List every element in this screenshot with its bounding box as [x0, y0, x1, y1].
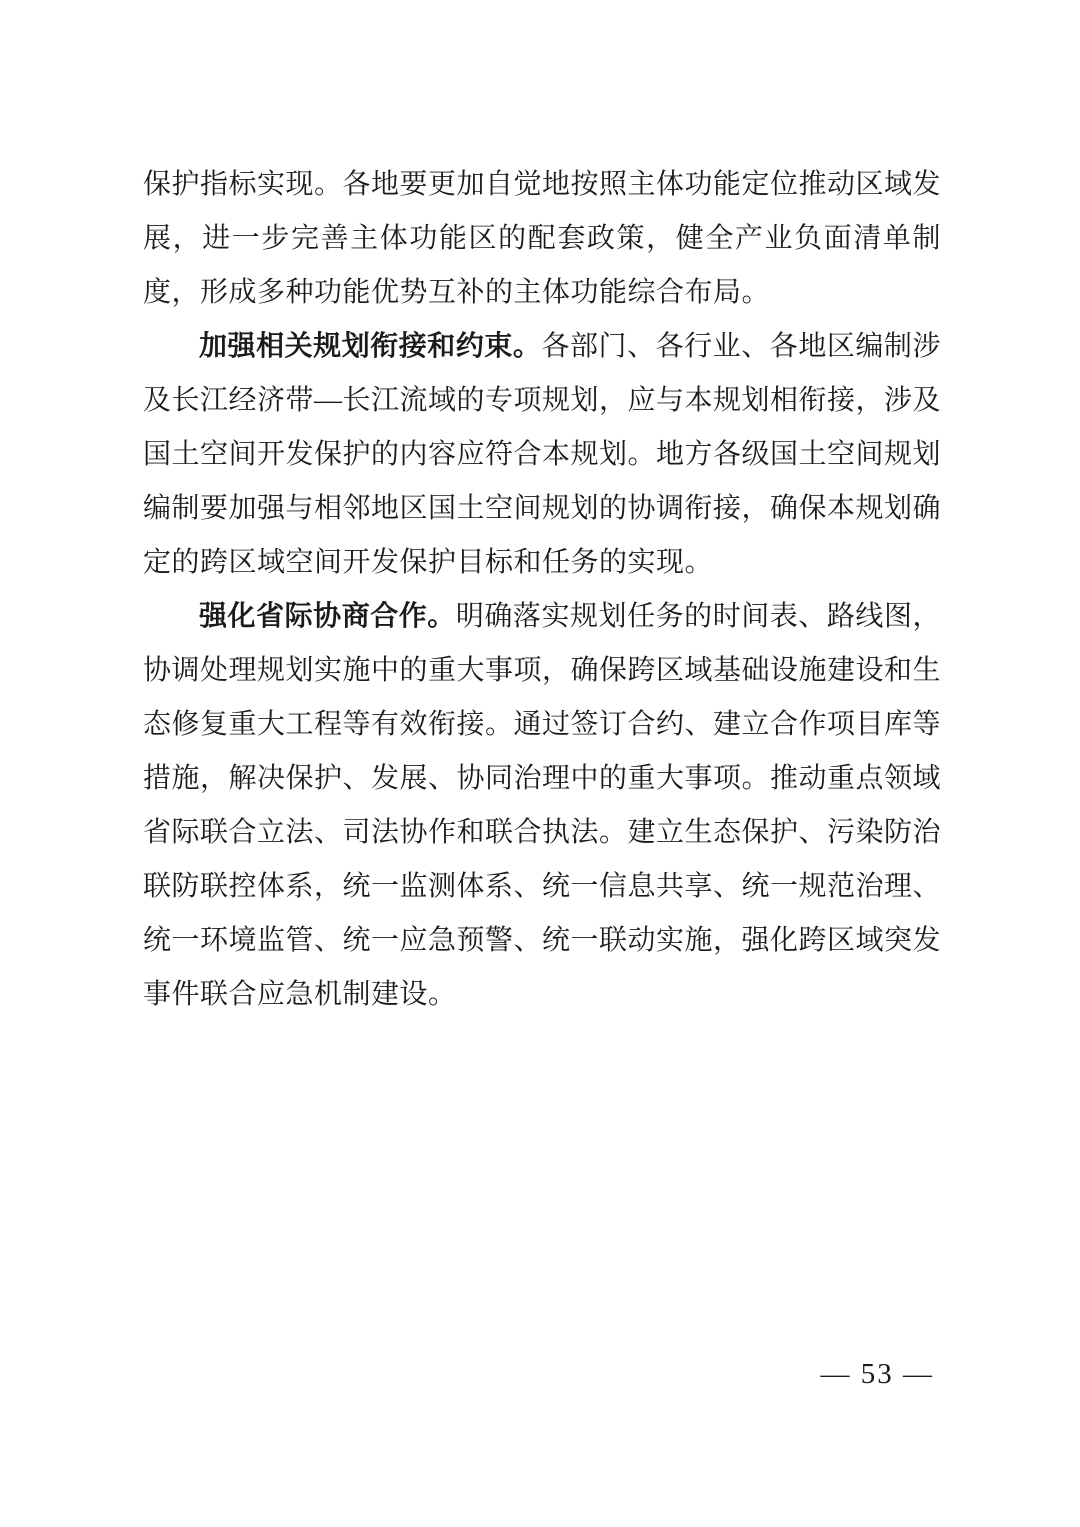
paragraph-planning-alignment: 加强相关规划衔接和约束。各部门、各行业、各地区编制涉及长江经济带—长江流域的专项… — [143, 320, 941, 590]
page-number-label: — 53 — — [821, 1358, 935, 1390]
paragraph-interprovincial-cooperation: 强化省际协商合作。明确落实规划任务的时间表、路线图，协调处理规划实施中的重大事项… — [143, 590, 941, 1022]
paragraph-lead: 强化省际协商合作。 — [199, 601, 456, 632]
document-page: 保护指标实现。各地要更加自觉地按照主体功能定位推动区域发展，进一步完善主体功能区… — [0, 0, 1080, 1527]
page-number: — 53 — — [821, 1352, 935, 1396]
paragraph-text: 明确落实规划任务的时间表、路线图，协调处理规划实施中的重大事项，确保跨区域基础设… — [143, 601, 941, 1010]
paragraph-lead: 加强相关规划衔接和约束。 — [199, 331, 541, 362]
body-text: 保护指标实现。各地要更加自觉地按照主体功能定位推动区域发展，进一步完善主体功能区… — [143, 158, 941, 1022]
paragraph-continuation: 保护指标实现。各地要更加自觉地按照主体功能定位推动区域发展，进一步完善主体功能区… — [143, 158, 941, 320]
paragraph-text: 保护指标实现。各地要更加自觉地按照主体功能定位推动区域发展，进一步完善主体功能区… — [143, 169, 941, 308]
paragraph-text: 各部门、各行业、各地区编制涉及长江经济带—长江流域的专项规划，应与本规划相衔接，… — [143, 331, 941, 578]
